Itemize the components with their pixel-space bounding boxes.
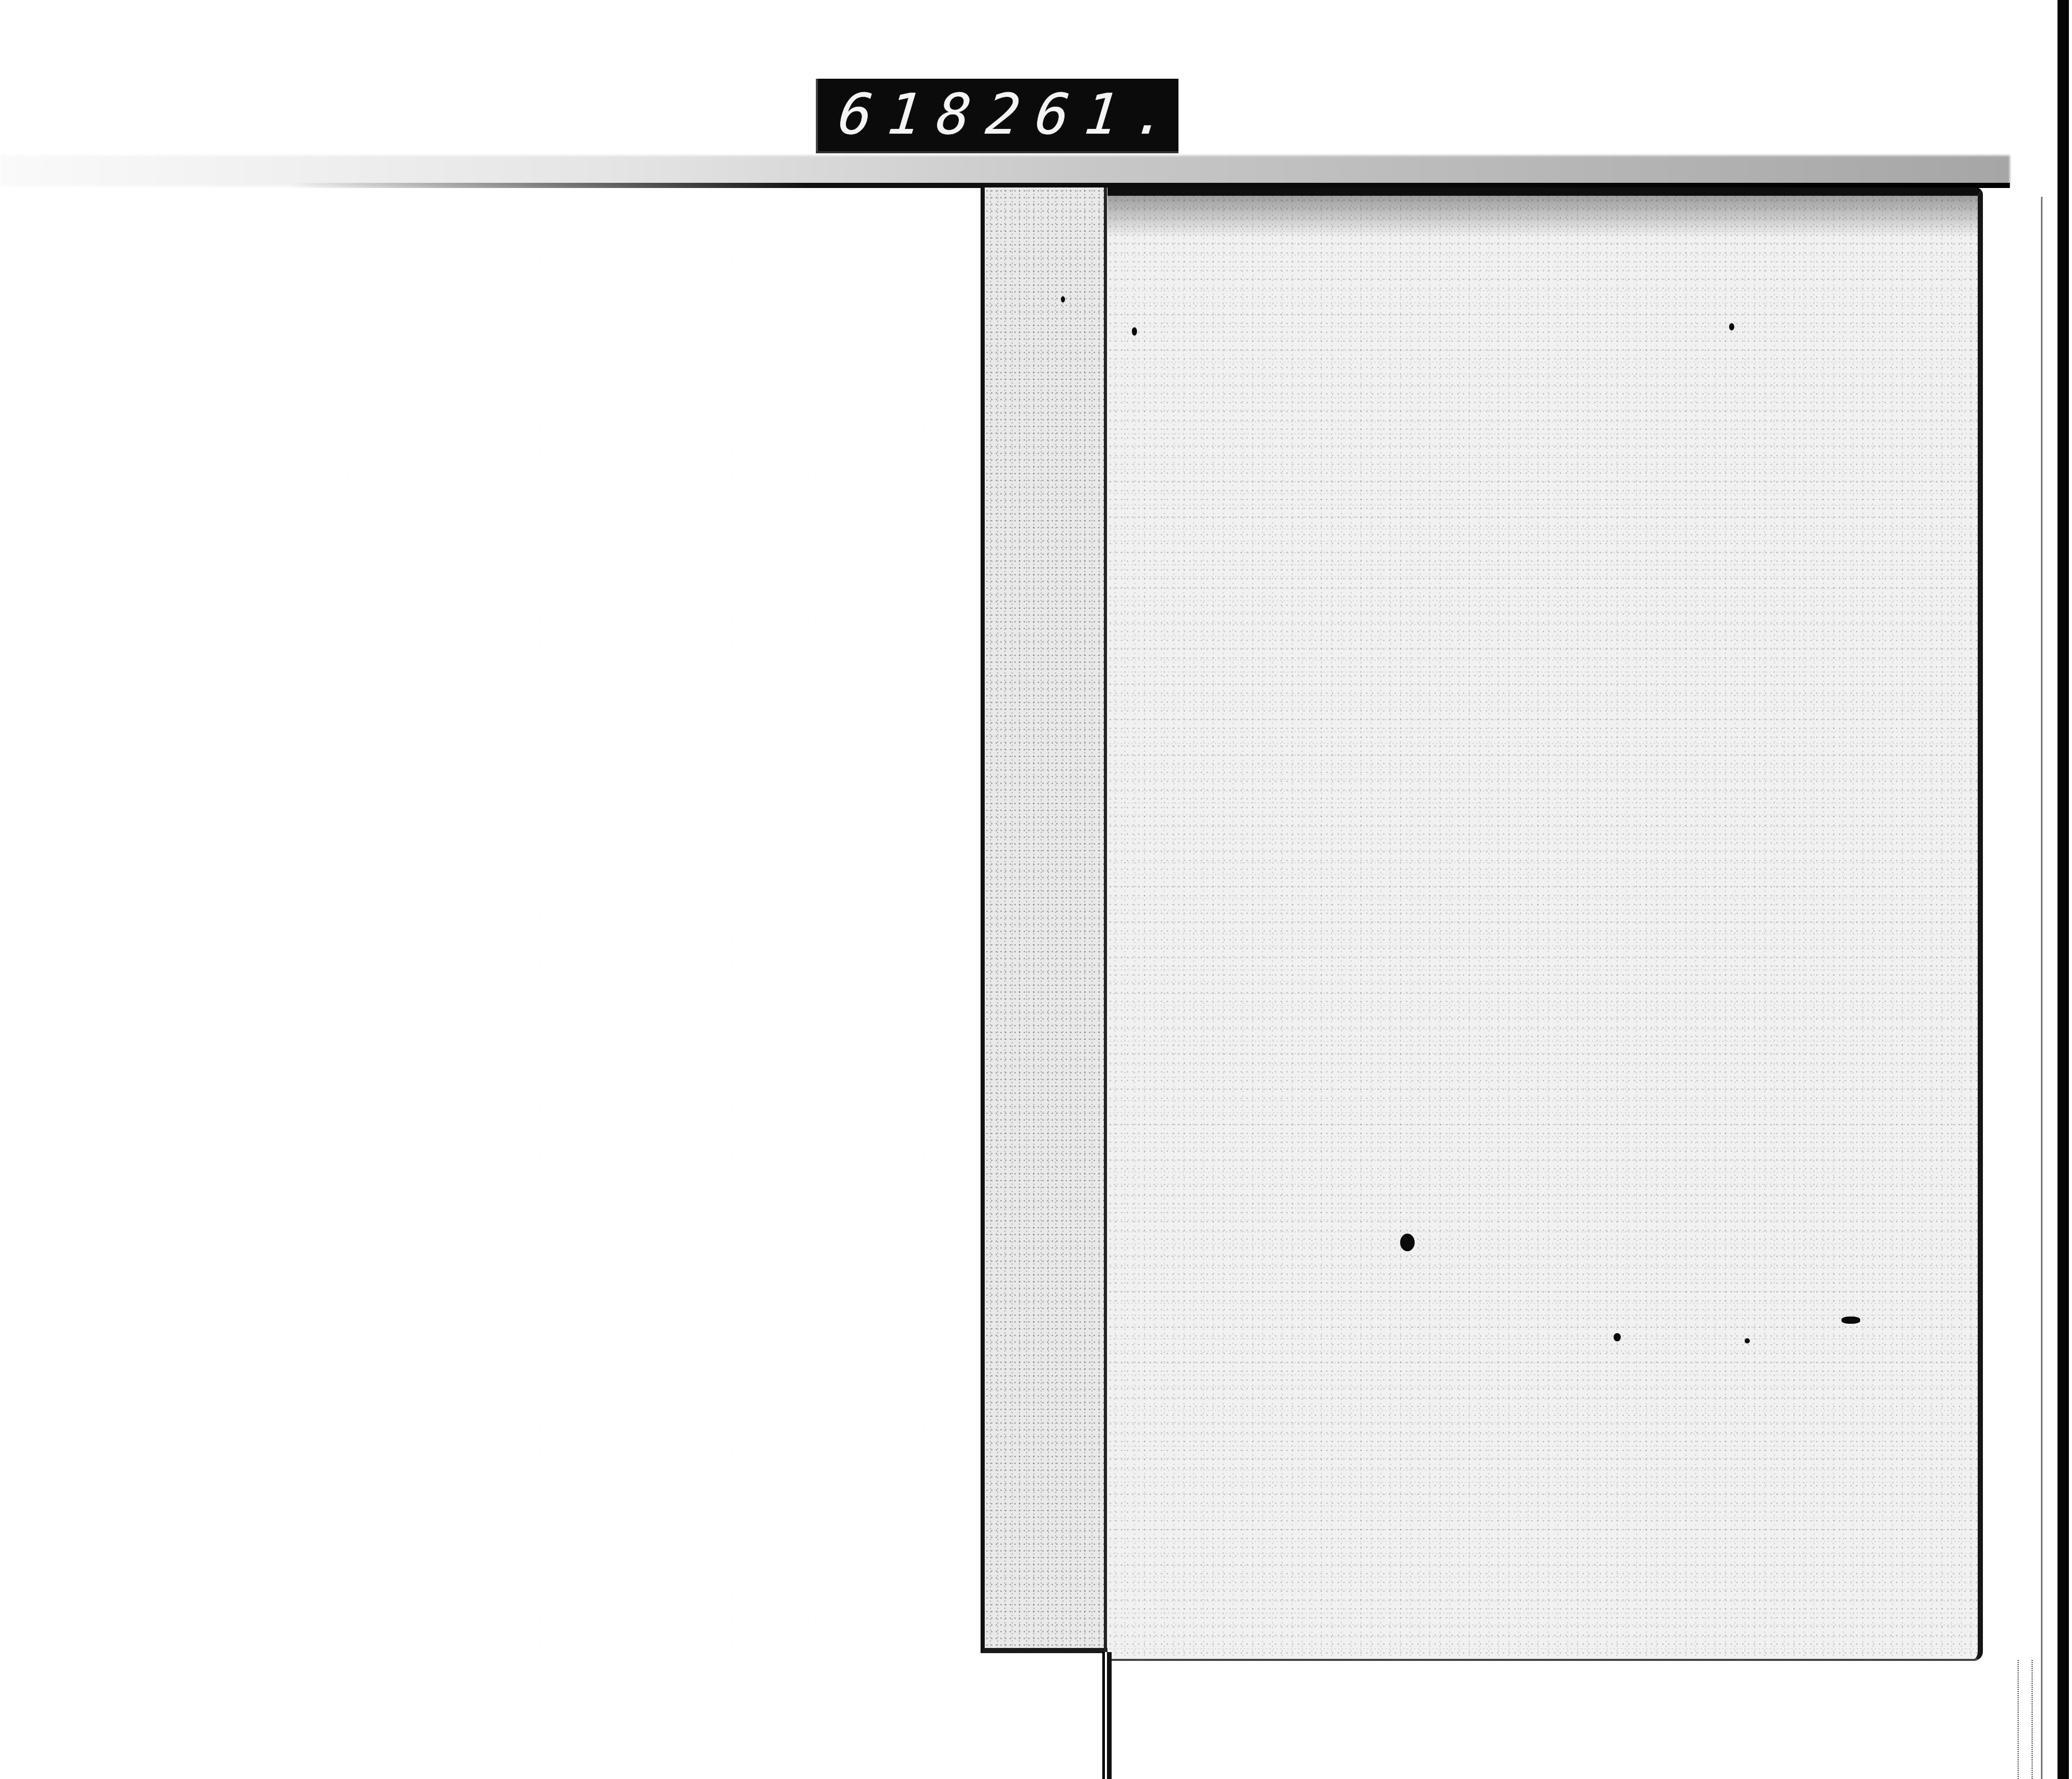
cover-stain — [1841, 1317, 1860, 1324]
page-edge-line — [2032, 1660, 2034, 1779]
film-right-border — [2057, 0, 2069, 1779]
cover-stain — [1729, 323, 1734, 330]
cover-stain — [1132, 327, 1137, 336]
cover-stain — [1400, 1234, 1415, 1251]
counter-left-group: 618 — [839, 87, 986, 143]
cover-stain — [1614, 1333, 1621, 1341]
right-inner-edge — [2041, 197, 2042, 1779]
book-spine — [981, 187, 1107, 1653]
spine-stain — [1061, 296, 1065, 302]
film-edge-band — [0, 155, 2010, 186]
cover-stain — [1745, 1338, 1750, 1343]
microfilm-frame: 618 261. — [0, 0, 2072, 1779]
board-edge-below-book — [1102, 1652, 1112, 1779]
cover-top-shade — [1107, 196, 1978, 237]
frame-counter: 618 261. — [816, 79, 1178, 151]
page-edge-line — [2018, 1660, 2020, 1779]
counter-left-value: 618 — [836, 87, 989, 143]
book-cover — [1107, 187, 1983, 1661]
spine-hinge — [1104, 187, 1107, 1653]
counter-right-value: 261. — [983, 87, 1186, 143]
counter-right-group: 261. — [986, 87, 1183, 143]
book — [981, 187, 2037, 1658]
